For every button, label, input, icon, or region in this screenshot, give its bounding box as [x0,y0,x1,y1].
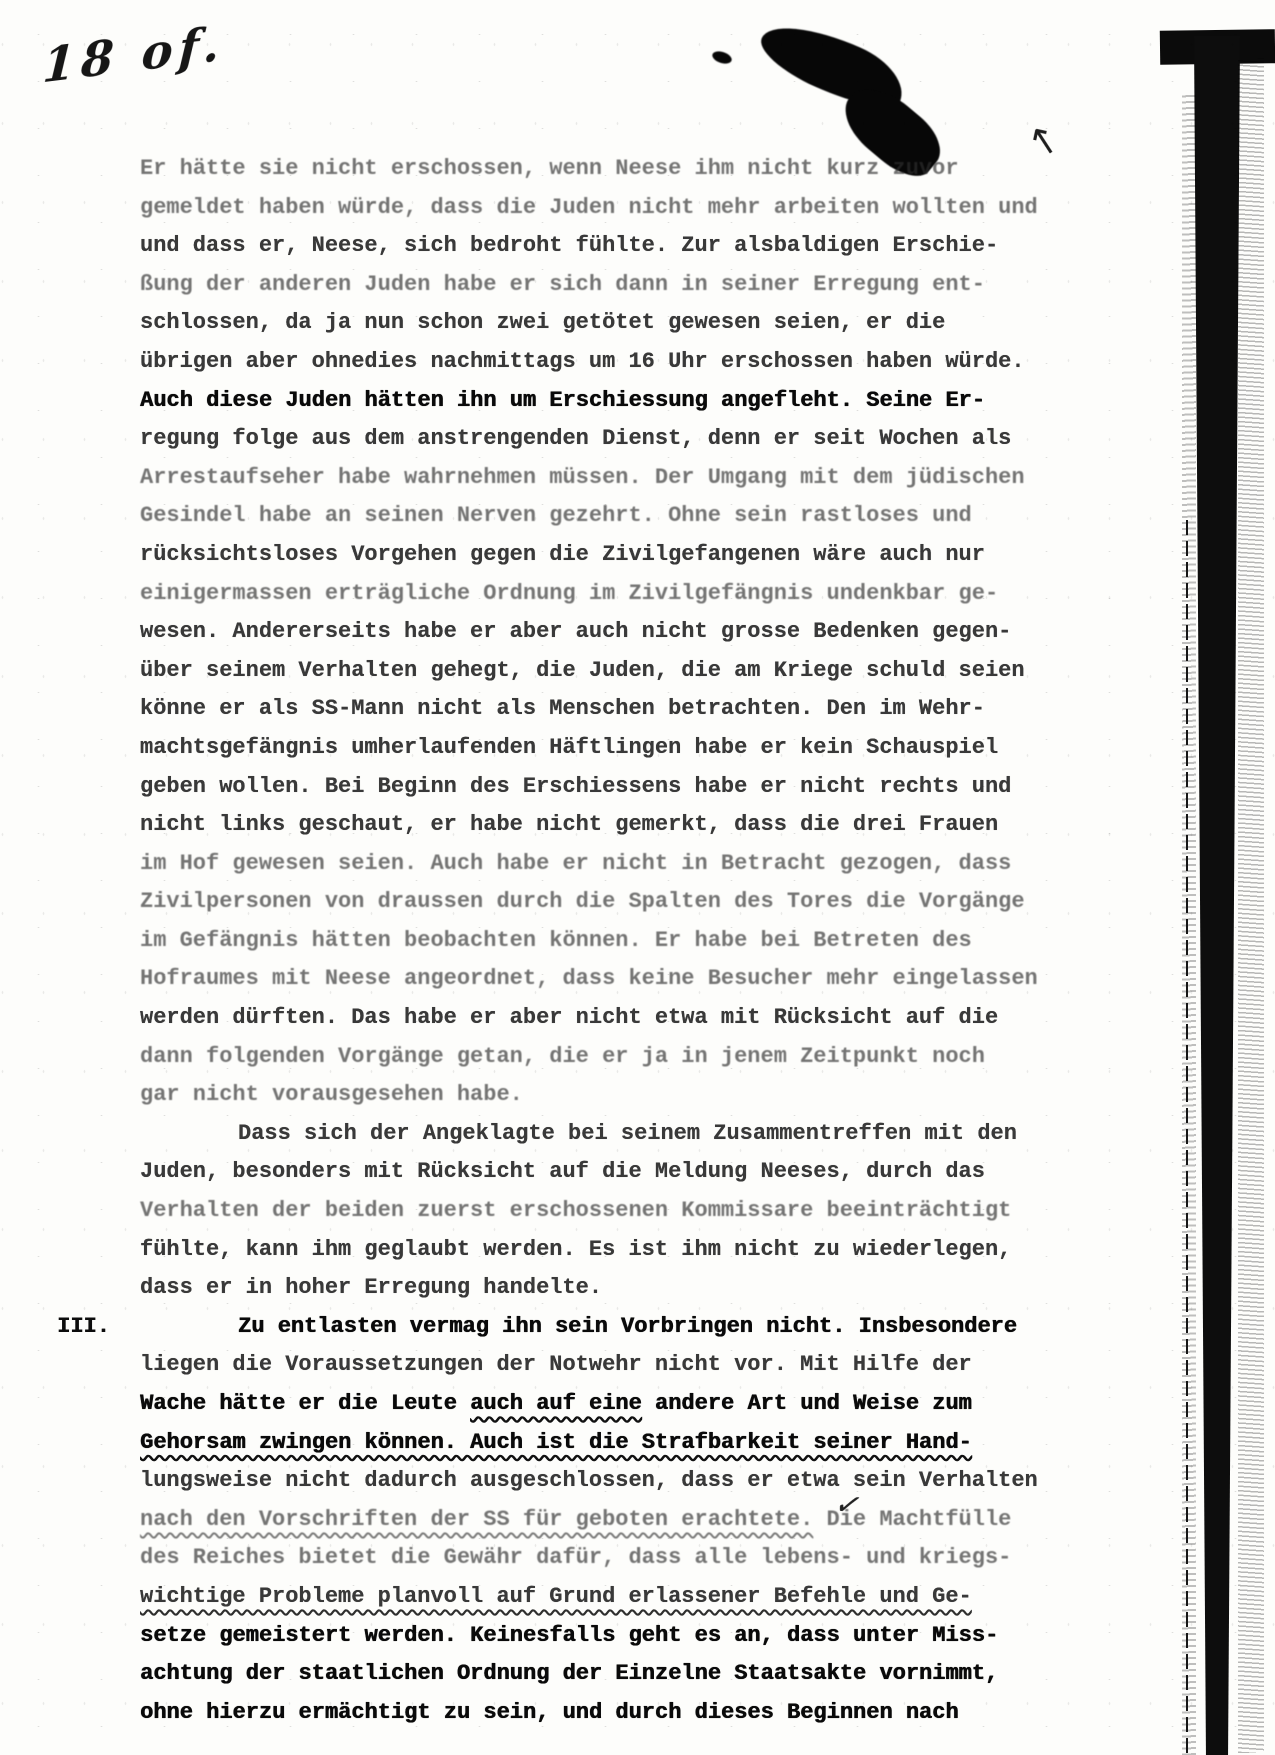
scanned-document-page: 18 of. ↖ Er hätte sie nicht erschossen, … [0,0,1275,1755]
document-line: dann folgenden Vorgänge getan, die er ja… [140,1038,1150,1077]
scan-edge-line [1186,520,1188,1755]
document-line: des Reiches bietet die Gewähr dafür, das… [140,1539,1150,1578]
hand-underlined-text: wichtige Probleme planvoll auf Grund erl… [140,1584,972,1609]
document-line: nicht links geschaut, er habe nicht geme… [140,806,1150,845]
document-line: achtung der staatlichen Ordnung der Einz… [140,1655,1150,1694]
document-line: ßung der anderen Juden habe er sich dann… [140,266,1150,305]
document-line: wesen. Andererseits habe er aber auch ni… [140,613,1150,652]
document-line: setze gemeistert werden. Keinesfalls geh… [140,1617,1150,1656]
document-line: Verhalten der beiden zuerst erschossenen… [140,1192,1150,1231]
document-line: geben wollen. Bei Beginn des Erschiessen… [140,768,1150,807]
document-line: einigermassen erträgliche Ordnung im Ziv… [140,575,1150,614]
hand-underlined-text: Gehorsam zwingen können. Auch ist die St… [140,1430,972,1455]
document-line: im Gefängnis hätten beobachten können. E… [140,922,1150,961]
document-line: Juden, besonders mit Rücksicht auf die M… [140,1153,1150,1192]
document-line: über seinem Verhalten gehegt, die Juden,… [140,652,1150,691]
document-line: gemeldet haben würde, dass die Juden nic… [140,189,1150,228]
document-line: Er hätte sie nicht erschossen, wenn Nees… [140,150,1150,189]
document-line: wichtige Probleme planvoll auf Grund erl… [140,1578,1150,1617]
scan-edge-bar [1194,36,1240,1755]
section-marker: III. [57,1308,110,1347]
document-line: Zivilpersonen von draussen durch die Spa… [140,883,1150,922]
document-line: Arrestaufseher habe wahrnehmen müssen. D… [140,459,1150,498]
document-line: Gesindel habe an seinen Nerven gezehrt. … [140,497,1150,536]
document-line: Gehorsam zwingen können. Auch ist die St… [140,1424,1150,1463]
document-line: übrigen aber ohnedies nachmittags um 16 … [140,343,1150,382]
scan-edge-noise [1182,95,1196,1755]
document-line: im Hof gewesen seien. Auch habe er nicht… [140,845,1150,884]
document-text: Er hätte sie nicht erschossen, wenn Nees… [140,150,1150,1732]
document-line: könne er als SS-Mann nicht als Menschen … [140,690,1150,729]
document-line: Wache hätte er die Leute auch auf eine a… [140,1385,1150,1424]
document-line: machtsgefängnis umherlaufenden Häftlinge… [140,729,1150,768]
hand-underlined-text: nach den Vorschriften der SS für geboten… [140,1507,813,1532]
ink-blot-icon [711,49,733,66]
document-line: regung folge aus dem anstrengenden Diens… [140,420,1150,459]
document-line: Hofraumes mit Neese angeordnet, dass kei… [140,960,1150,999]
document-line: nach den Vorschriften der SS für geboten… [140,1501,1150,1540]
hand-underlined-text: auch auf eine [470,1391,642,1416]
document-line: III.Zu entlasten vermag ihn sein Vorbrin… [140,1308,1150,1347]
document-line: dass er in hoher Erregung handelte. [140,1269,1150,1308]
document-line: und dass er, Neese, sich bedroht fühlte.… [140,227,1150,266]
scan-edge-noise [1238,58,1264,1753]
document-line: lungsweise nicht dadurch ausgeschlossen,… [140,1462,1150,1501]
document-line: schlossen, da ja nun schon zwei getötet … [140,304,1150,343]
document-line: liegen die Voraussetzungen der Notwehr n… [140,1346,1150,1385]
document-line: Auch diese Juden hätten ihn um Erschiess… [140,382,1150,421]
document-line: rücksichtsloses Vorgehen gegen die Zivil… [140,536,1150,575]
document-line: gar nicht vorausgesehen habe. [140,1076,1150,1115]
handwritten-page-number: 18 of. [41,16,227,94]
document-line: Dass sich der Angeklagte bei seinem Zusa… [140,1115,1150,1154]
document-line: fühlte, kann ihm geglaubt werden. Es ist… [140,1231,1150,1270]
document-line: werden dürften. Das habe er aber nicht e… [140,999,1150,1038]
document-line: ohne hierzu ermächtigt zu sein, und durc… [140,1694,1150,1733]
